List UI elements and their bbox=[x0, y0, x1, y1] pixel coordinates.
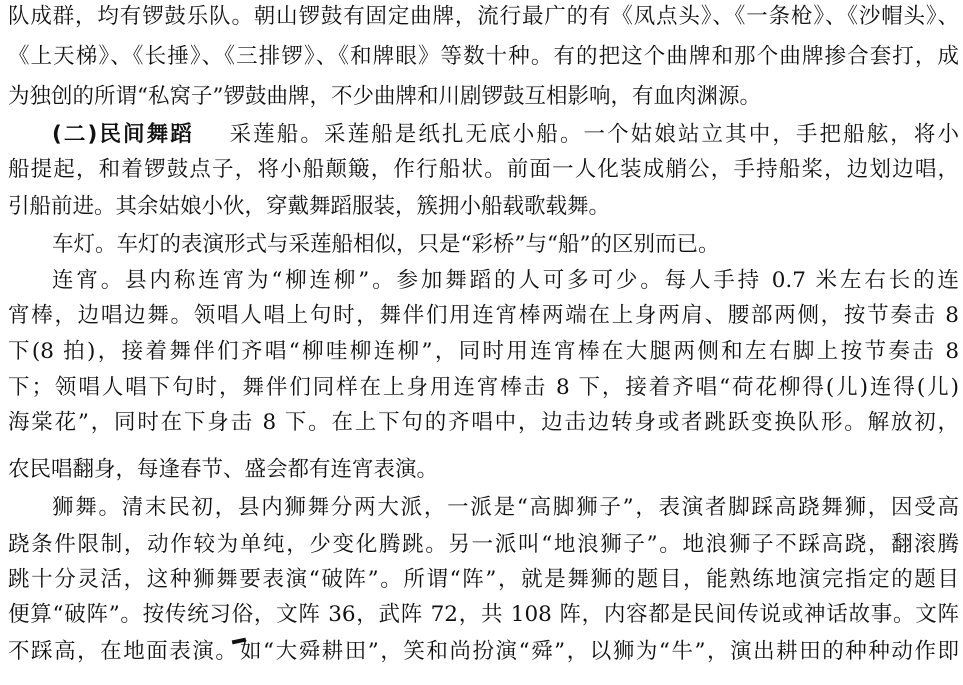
text-line: 下(8 拍)，接着舞伴们齐唱“柳哇柳连柳”，同时用连宵棒在大腿两侧和左右脚上按节… bbox=[8, 337, 959, 367]
text-span: 如“大舜耕田”，笑和尚扮演“舜”，以狮为“牛”，演出耕田的种种动作即 bbox=[238, 639, 959, 664]
text-line: 为独创的所谓“私窝子”锣鼓曲牌，不少曲牌和川剧锣鼓互相影响，有血肉渊源。 bbox=[8, 82, 959, 112]
section-heading-line: (二)民间舞蹈 采莲船。采莲船是纸扎无底小船。一个姑娘站立其中，手把船舷，将小 bbox=[52, 120, 959, 150]
text-line: 船提起，和着锣鼓点子，将小船颠簸，作行船状。前面一人化装成艄公，手持船桨，边划边… bbox=[8, 155, 959, 185]
text-line: 宵棒，边唱边舞。领唱人唱上句时，舞伴们用连宵棒两端在上身两肩、腰部两侧，按节奏击… bbox=[8, 301, 959, 331]
text-line: 队成群，均有锣鼓乐队。朝山锣鼓有固定曲牌，流行最广的有《凤点头》、《一条枪》、《… bbox=[8, 2, 959, 32]
text-span: 不踩高，在地面表演。 bbox=[8, 639, 238, 664]
text-span: 采莲船。采莲船是纸扎无底小船。一个姑娘站立其中，手把船舷，将小 bbox=[230, 122, 959, 147]
text-line: 狮舞。清末民初，县内狮舞分两大派，一派是“高脚狮子”，表演者脚踩高跷舞狮，因受高 bbox=[52, 493, 959, 523]
text-line: 农民唱翻身，每逢春节、盛会都有连宵表演。 bbox=[8, 455, 959, 485]
text-line: 海棠花”，同时在下身击 8 下。在上下句的齐唱中，边击边转身或者跳跃变换队形。解… bbox=[8, 408, 959, 438]
text-line: 跳十分灵活，这种狮舞要表演“破阵”。所谓“阵”，就是舞狮的题目，能熟练地演完指定… bbox=[8, 565, 959, 595]
text-line: 《上天梯》、《长捶》、《三排锣》、《和牌眼》等数十种。有的把这个曲牌和那个曲牌掺… bbox=[8, 42, 959, 72]
text-line: 下；领唱人唱下句时，舞伴们同样在上身用连宵棒击 8 下，接着齐唱“荷花柳得(儿)… bbox=[8, 373, 959, 403]
text-line: 跷条件限制，动作较为单纯，少变化腾跳。另一派叫“地浪狮子”。地浪狮子不踩高跷，翻… bbox=[8, 530, 959, 560]
text-line: 连宵。县内称连宵为“柳连柳”。参加舞蹈的人可多可少。每人手持 0.7 米左右长的… bbox=[52, 266, 959, 296]
section-heading: (二)民间舞蹈 bbox=[52, 122, 194, 147]
text-line: 车灯。车灯的表演形式与采莲船相似，只是“彩桥”与“船”的区别而已。 bbox=[52, 230, 959, 260]
text-line: 引船前进。其余姑娘小伙，穿戴舞蹈服装，簇拥小船载歌载舞。 bbox=[8, 192, 959, 222]
text-line: 不踩高，在地面表演。如“大舜耕田”，笑和尚扮演“舜”，以狮为“牛”，演出耕田的种… bbox=[8, 637, 959, 667]
text-line: 便算“破阵”。按传统习俗，文阵 36，武阵 72，共 108 阵，内容都是民间传… bbox=[8, 600, 959, 630]
